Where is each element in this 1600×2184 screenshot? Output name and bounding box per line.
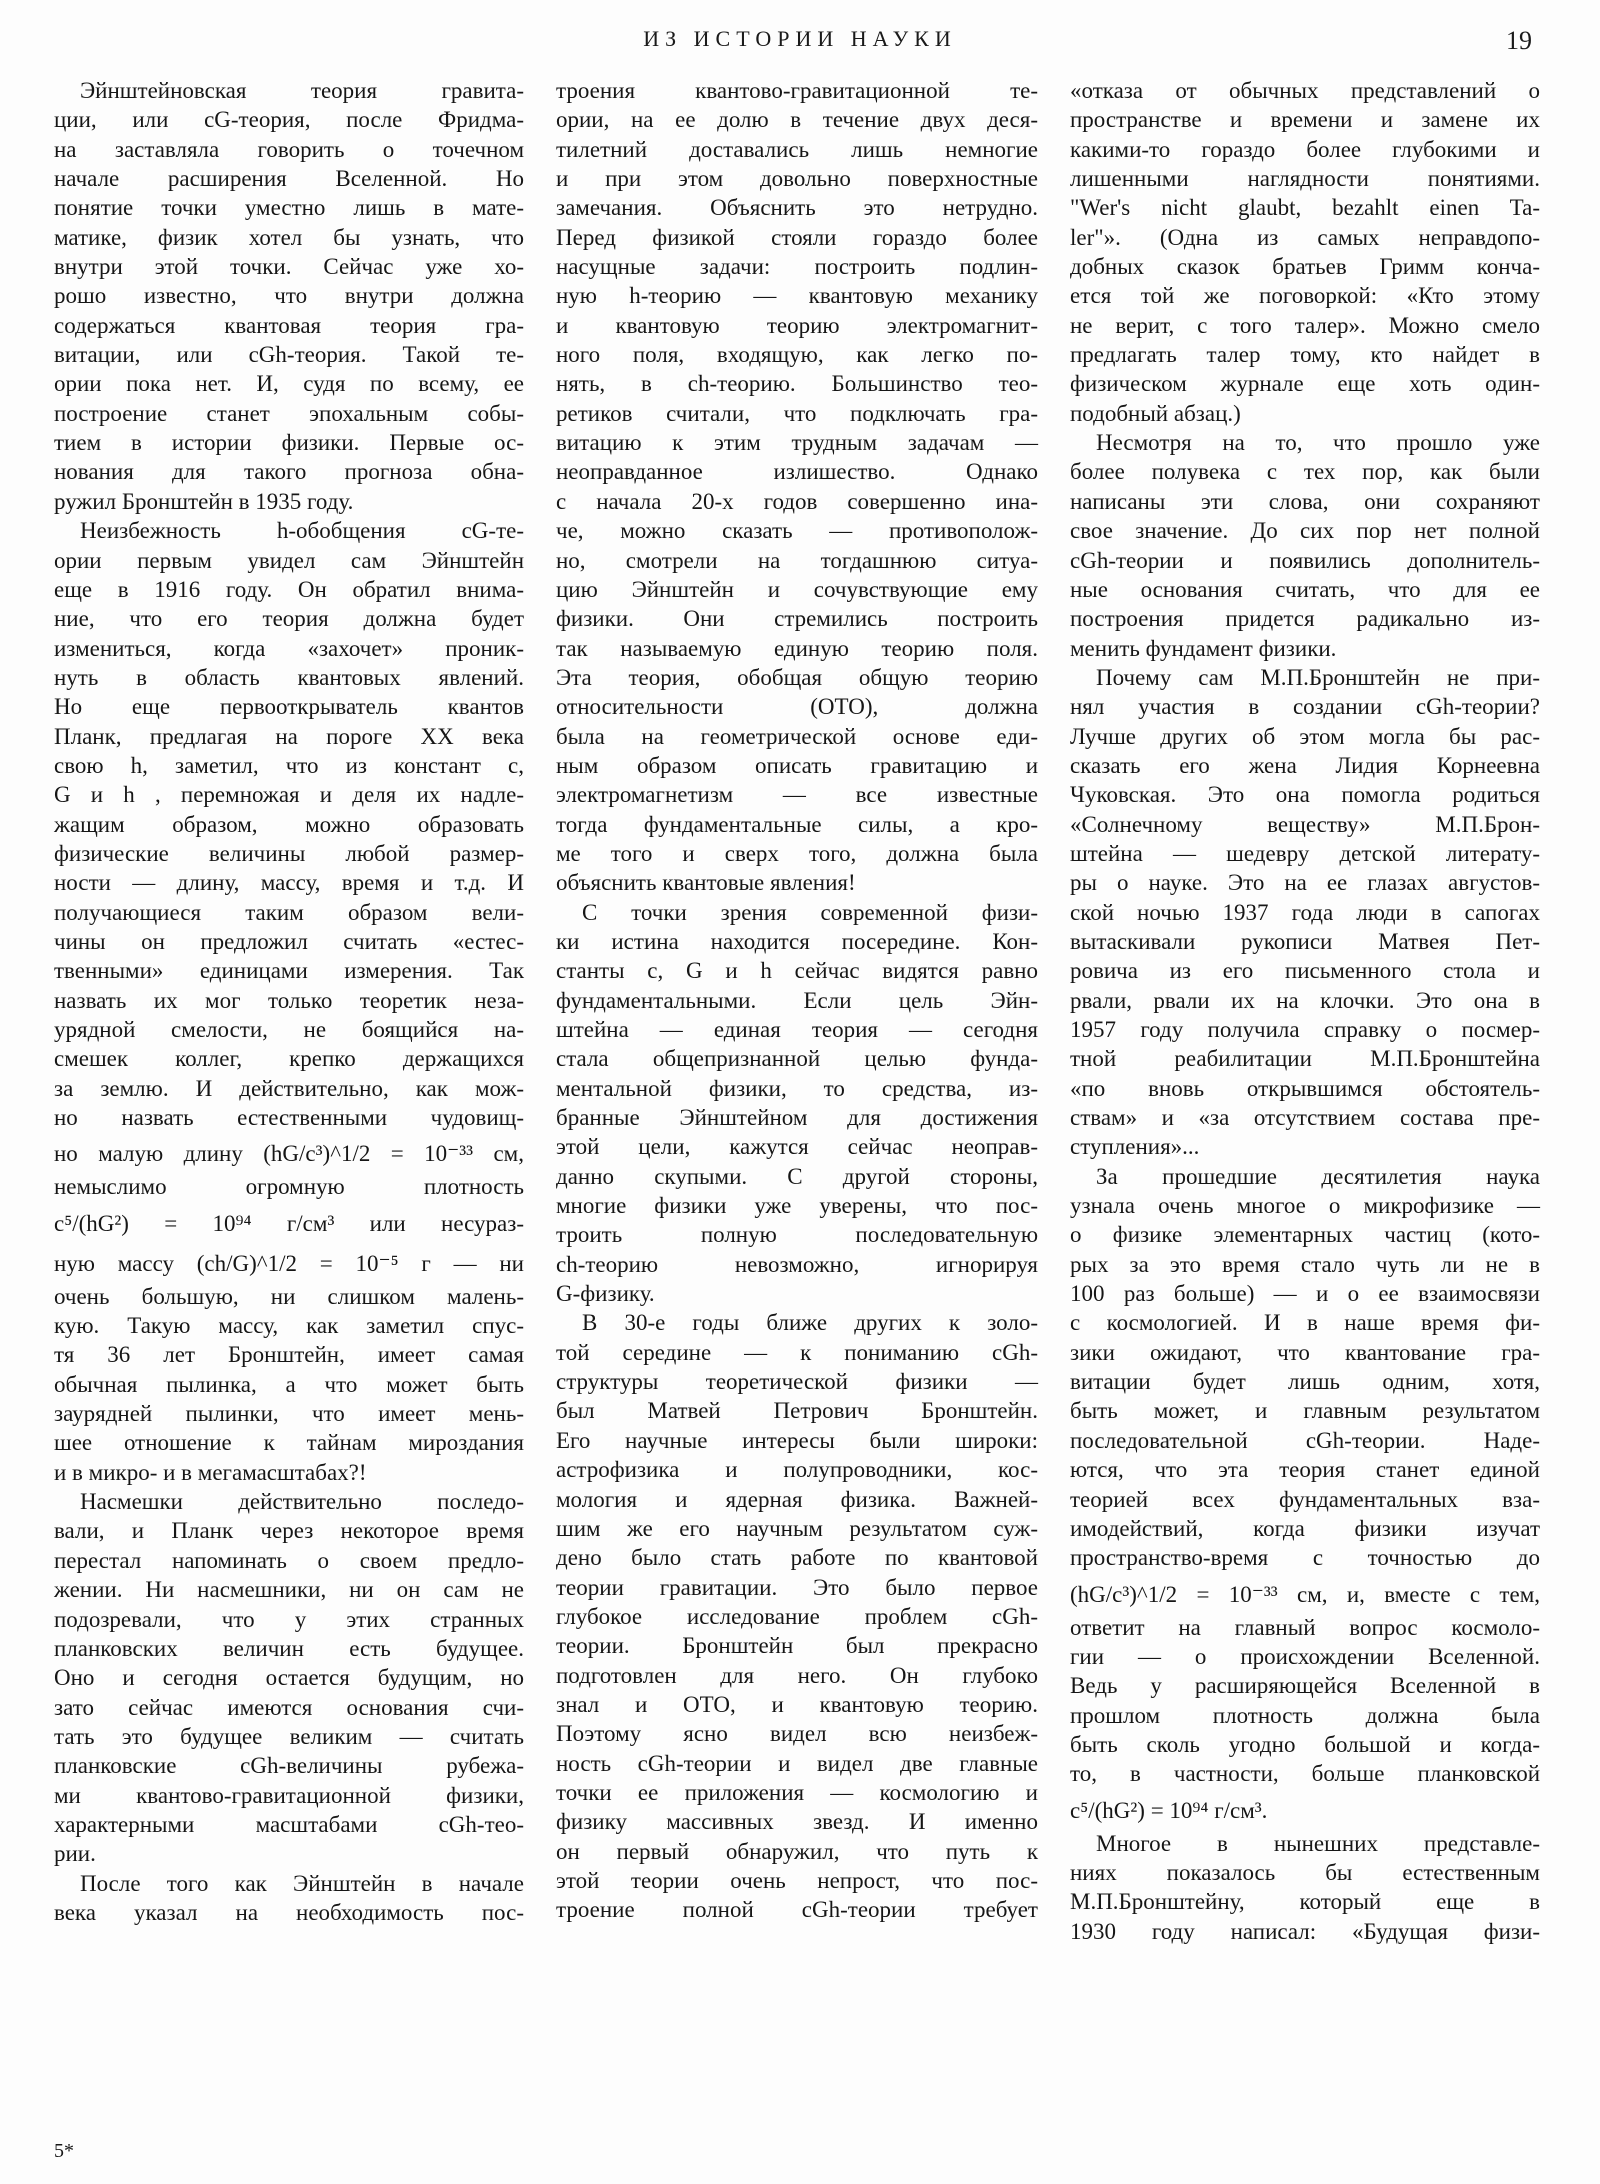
text-line: пространство-время с точностью до xyxy=(1070,1543,1540,1572)
page-number: 19 xyxy=(1506,26,1532,56)
text-line: теорией всех фундаментальных вза- xyxy=(1070,1485,1540,1514)
text-line: ружил Бронштейн в 1935 году. xyxy=(54,487,524,516)
text-line: лишенными наглядности понятиями. xyxy=(1070,164,1540,193)
text-line: той середине — к пониманию cGh- xyxy=(556,1338,1038,1367)
text-line: бранные Эйнштейном для достижения xyxy=(556,1103,1038,1132)
text-line: рвали, рвали их на клочки. Это она в xyxy=(1070,986,1540,1015)
text-line: твенными» единицами измерения. Так xyxy=(54,956,524,985)
printer-signature-mark: 5* xyxy=(54,2140,74,2163)
text-line: этой теории очень непрост, что пос- xyxy=(556,1866,1038,1895)
text-line: объяснить квантовые явления! xyxy=(556,868,1038,897)
text-line: нял участия в создании cGh-теории? xyxy=(1070,692,1540,721)
text-line: очень большую, ни слишком малень- xyxy=(54,1282,524,1311)
text-line: ler"». (Одна из самых неправдопо- xyxy=(1070,223,1540,252)
text-line: чины он предложил считать «естес- xyxy=(54,927,524,956)
paragraph-first-line: После того как Эйнштейн в начале xyxy=(54,1869,524,1898)
text-line: какими-то гораздо более глубокими и xyxy=(1070,135,1540,164)
text-line: свое значение. До сих пор нет полной xyxy=(1070,516,1540,545)
text-line: витации будет лишь одним, хотя, xyxy=(1070,1367,1540,1396)
paragraph-first-line: Неизбежность h-обобщения cG-те- xyxy=(54,516,524,545)
text-line: нуть в область квантовых явлений. xyxy=(54,663,524,692)
text-line: «по вновь открывшимся обстоятель- xyxy=(1070,1074,1540,1103)
text-line: обычная пылинка, а что может быть xyxy=(54,1370,524,1399)
text-line: ки истина находится посередине. Кон- xyxy=(556,927,1038,956)
text-line: ретиков считали, что подключать гра- xyxy=(556,399,1038,428)
text-line: планковских величин есть будущее. xyxy=(54,1634,524,1663)
text-line: ние, что его теория должна будет xyxy=(54,604,524,633)
paragraph-first-line: С точки зрения современной физи- xyxy=(556,898,1038,927)
text-line: фундаментальными. Если цель Эйн- xyxy=(556,986,1038,1015)
text-line: содержаться квантовая теория гра- xyxy=(54,311,524,340)
text-line: ме того и сверх того, должна была xyxy=(556,839,1038,868)
text-line: 100 раз больше) — и о ее взаимосвязи xyxy=(1070,1279,1540,1308)
text-line: витацию к этим трудным задачам — xyxy=(556,428,1038,457)
text-line: жении. Ни насмешники, ни он сам не xyxy=(54,1575,524,1604)
text-line: ную h-теорию — квантовую механику xyxy=(556,281,1038,310)
text-line: Эта теория, обобщая общую теорию xyxy=(556,663,1038,692)
text-line: получающиеся таким образом вели- xyxy=(54,898,524,927)
text-line: замечания. Объяснить это нетрудно. xyxy=(556,193,1038,222)
text-line: ется той же поговоркой: «Кто этому xyxy=(1070,281,1540,310)
text-line: кую. Такую массу, как заметил спус- xyxy=(54,1311,524,1340)
text-line: ность cGh-теории и видел две главные xyxy=(556,1749,1038,1778)
text-line: матике, физик хотел бы узнать, что xyxy=(54,223,524,252)
text-line: «Солнечному веществу» М.П.Брон- xyxy=(1070,810,1540,839)
text-line: «отказа от обычных представлений о xyxy=(1070,76,1540,105)
text-line: ми квантово-гравитационной физики, xyxy=(54,1781,524,1810)
text-line: зики ожидают, что квантование гра- xyxy=(1070,1338,1540,1367)
text-line: и в микро- и в мегамасштабах?! xyxy=(54,1458,524,1487)
text-line: немыслимо огромную плотность xyxy=(54,1172,524,1201)
text-line: подготовлен для него. Он глубоко xyxy=(556,1661,1038,1690)
text-line: вытаскивали рукописи Матвея Пет- xyxy=(1070,927,1540,956)
text-line: жащим образом, можно образовать xyxy=(54,810,524,839)
text-line: Но еще первооткрыватель квантов xyxy=(54,692,524,721)
text-line: ного поля, входящую, как легко по- xyxy=(556,340,1038,369)
text-line: планковские cGh-величины рубежа- xyxy=(54,1751,524,1780)
text-line: о физике элементарных частиц (кото- xyxy=(1070,1220,1540,1249)
text-line: Планк, предлагая на пороге XX века xyxy=(54,722,524,751)
text-line: рых за это время стало чуть ли не в xyxy=(1070,1250,1540,1279)
text-line: троение полной cGh-теории требует xyxy=(556,1895,1038,1924)
text-line: за землю. И действительно, как мож- xyxy=(54,1074,524,1103)
text-line: но, смотрели на тогдашнюю ситуа- xyxy=(556,546,1038,575)
text-line: понятие точки уместно лишь в мате- xyxy=(54,193,524,222)
text-line: была на геометрической основе еди- xyxy=(556,722,1038,751)
text-line: мология и ядерная физика. Важней- xyxy=(556,1485,1038,1514)
text-line: физические величины любой размер- xyxy=(54,839,524,868)
text-line: более полувека с тех пор, как были xyxy=(1070,457,1540,486)
text-line: назвать их мог только теоретик неза- xyxy=(54,986,524,1015)
text-line: построение станет эпохальным собы- xyxy=(54,399,524,428)
paragraph-first-line: Почему сам М.П.Бронштейн не при- xyxy=(1070,663,1540,692)
text-line: прошлом плотность должна была xyxy=(1070,1701,1540,1730)
text-line: но малую длину (hG/c³)^1/2 = 10⁻³³ см, xyxy=(54,1132,524,1172)
paragraph-first-line: Несмотря на то, что прошло уже xyxy=(1070,428,1540,457)
paragraph-first-line: Эйнштейновская теория гравита- xyxy=(54,76,524,105)
text-line: Перед физикой стояли гораздо более xyxy=(556,223,1038,252)
text-line: штейна — единая теория — сегодня xyxy=(556,1015,1038,1044)
text-line: Оно и сегодня остается будущим, но xyxy=(54,1663,524,1692)
text-line: структуры теоретической физики — xyxy=(556,1367,1038,1396)
text-line: свою h, заметил, что из констант c, xyxy=(54,751,524,780)
text-line: добных сказок братьев Гримм конча- xyxy=(1070,252,1540,281)
paragraph-first-line: Насмешки действительно последо- xyxy=(54,1487,524,1516)
text-line: 1930 году написал: «Будущая физи- xyxy=(1070,1917,1540,1946)
text-line: менить фундамент физики. xyxy=(1070,634,1540,663)
text-line: ории пока нет. И, судя по всему, ее xyxy=(54,369,524,398)
text-line: смешек коллег, крепко держащихся xyxy=(54,1044,524,1073)
text-line: тием в истории физики. Первые ос- xyxy=(54,428,524,457)
text-line: и квантовую теорию электромагнит- xyxy=(556,311,1038,340)
text-line: имодействий, когда физики изучат xyxy=(1070,1514,1540,1543)
column-middle: троения квантово-гравитационной те-ории,… xyxy=(556,76,1038,1925)
text-line: тогда фундаментальные силы, а кро- xyxy=(556,810,1038,839)
text-line: ментальной физики, то средства, из- xyxy=(556,1074,1038,1103)
text-line: характерными масштабами cGh-тео- xyxy=(54,1810,524,1839)
text-line: ности — длину, массу, время и т.д. И xyxy=(54,868,524,897)
text-line: штейна — шедевру детской литерату- xyxy=(1070,839,1540,868)
text-line: шее отношение к тайнам мироздания xyxy=(54,1428,524,1457)
text-line: троения квантово-гравитационной те- xyxy=(556,76,1038,105)
text-line: не верит, с того талер». Можно смело xyxy=(1070,311,1540,340)
text-line: 1957 году получила справку о посмер- xyxy=(1070,1015,1540,1044)
text-line: G и h , перемножая и деля их надле- xyxy=(54,780,524,809)
text-line: физики. Они стремились построить xyxy=(556,604,1038,633)
text-line: ным образом описать гравитацию и xyxy=(556,751,1038,780)
paragraph-first-line: За прошедшие десятилетия наука xyxy=(1070,1162,1540,1191)
text-line: G-физику. xyxy=(556,1279,1038,1308)
text-line: глубокое исследование проблем cGh- xyxy=(556,1602,1038,1631)
text-line: цию Эйнштейн и сочувствующие ему xyxy=(556,575,1038,604)
text-line: многие физики уже уверены, что пос- xyxy=(556,1191,1038,1220)
text-line: станты c, G и h сейчас видятся равно xyxy=(556,956,1038,985)
text-line: построения придется радикально из- xyxy=(1070,604,1540,633)
text-line: данно скупыми. С другой стороны, xyxy=(556,1162,1038,1191)
text-line: с космологией. И в наше время фи- xyxy=(1070,1308,1540,1337)
text-line: быть сколь угодно большой и когда- xyxy=(1070,1730,1540,1759)
text-line: витации, или cGh-теория. Такой те- xyxy=(54,340,524,369)
text-line: ные основания считать, что для ее xyxy=(1070,575,1540,604)
text-line: знал и ОТО, и квантовую теорию. xyxy=(556,1690,1038,1719)
text-line: ры о науке. Это на ее глазах августов- xyxy=(1070,868,1540,897)
text-line: Ведь у расширяющейся Вселенной в xyxy=(1070,1671,1540,1700)
text-line: на заставляла говорить о точечном xyxy=(54,135,524,164)
text-line: был Матвей Петрович Бронштейн. xyxy=(556,1396,1038,1425)
text-line: cGh-теории и появились дополнитель- xyxy=(1070,546,1540,575)
text-line: вали, и Планк через некоторое время xyxy=(54,1516,524,1545)
text-line: рошо известно, что внутри должна xyxy=(54,281,524,310)
text-line: заурядней пылинки, что имеет мень- xyxy=(54,1399,524,1428)
column-left: Эйнштейновская теория гравита-ции, или c… xyxy=(54,76,524,1927)
text-line: стала общепризнанной целью фунда- xyxy=(556,1044,1038,1073)
text-line: тя 36 лет Бронштейн, имеет самая xyxy=(54,1340,524,1369)
text-line: тной реабилитации М.П.Бронштейна xyxy=(1070,1044,1540,1073)
text-line: ную массу (ch/G)^1/2 = 10⁻⁵ г — ни xyxy=(54,1242,524,1282)
text-line: этой цели, кажутся сейчас неоправ- xyxy=(556,1132,1038,1161)
text-line: тать это будущее великим — считать xyxy=(54,1722,524,1751)
text-line: гии — о происхождении Вселенной. xyxy=(1070,1642,1540,1671)
text-line: ответит на главный вопрос космоло- xyxy=(1070,1613,1540,1642)
text-line: c⁵/(hG²) = 10⁹⁴ г/см³ или несураз- xyxy=(54,1202,524,1242)
text-line: че, можно сказать — противополож- xyxy=(556,516,1038,545)
text-line: насущные задачи: построить подлин- xyxy=(556,252,1038,281)
text-line: измениться, когда «захочет» проник- xyxy=(54,634,524,663)
text-line: (hG/c³)^1/2 = 10⁻³³ см, и, вместе с тем, xyxy=(1070,1573,1540,1613)
text-line: ступления»... xyxy=(1070,1132,1540,1161)
text-line: рии. xyxy=(54,1839,524,1868)
text-line: относительности (ОТО), должна xyxy=(556,692,1038,721)
text-line: физическом журнале еще хоть один- xyxy=(1070,369,1540,398)
text-line: астрофизика и полупроводники, кос- xyxy=(556,1455,1038,1484)
text-line: теории гравитации. Это было первое xyxy=(556,1573,1038,1602)
text-line: последовательной cGh-теории. Наде- xyxy=(1070,1426,1540,1455)
text-line: пространстве и времени и замене их xyxy=(1070,105,1540,134)
text-line: Чуковская. Это она помогла родиться xyxy=(1070,780,1540,809)
text-line: века указал на необходимость пос- xyxy=(54,1898,524,1927)
text-line: Поэтому ясно видел всю неизбеж- xyxy=(556,1719,1038,1748)
text-line: начале расширения Вселенной. Но xyxy=(54,164,524,193)
text-line: тилетний доставались лишь немногие xyxy=(556,135,1038,164)
text-line: сказать его жена Лидия Корнеевна xyxy=(1070,751,1540,780)
text-line: ской ночью 1937 года люди в сапогах xyxy=(1070,898,1540,927)
running-head: ИЗ ИСТОРИИ НАУКИ 19 xyxy=(0,26,1600,56)
text-line: ch-теорию невозможно, игнорируя xyxy=(556,1250,1038,1279)
text-line: Его научные интересы были широки: xyxy=(556,1426,1038,1455)
text-line: дено было стать работе по квантовой xyxy=(556,1543,1038,1572)
text-line: физику массивных звезд. И именно xyxy=(556,1807,1038,1836)
text-line: ниях показалось бы естественным xyxy=(1070,1858,1540,1887)
text-line: перестал напоминать о своем предло- xyxy=(54,1546,524,1575)
paragraph-first-line: Многое в нынешних представле- xyxy=(1070,1829,1540,1858)
text-line: внутри этой точки. Сейчас уже хо- xyxy=(54,252,524,281)
text-line: ются, что эта теория станет единой xyxy=(1070,1455,1540,1484)
text-line: но назвать естественными чудовищ- xyxy=(54,1103,524,1132)
text-line: нять, в ch-теорию. Большинство тео- xyxy=(556,369,1038,398)
text-line: троить полную последовательную xyxy=(556,1220,1038,1249)
paragraph-first-line: В 30-е годы ближе других к золо- xyxy=(556,1308,1038,1337)
text-line: с начала 20-х годов совершенно ина- xyxy=(556,487,1038,516)
text-line: предлагать талер тому, кто найдет в xyxy=(1070,340,1540,369)
text-line: "Wer's nicht glaubt, bezahlt einen Ta- xyxy=(1070,193,1540,222)
text-line: точки ее приложения — космологию и xyxy=(556,1778,1038,1807)
text-line: шим же его научным результатом суж- xyxy=(556,1514,1038,1543)
text-line: ствам» и «за отсутствием состава пре- xyxy=(1070,1103,1540,1132)
text-line: еще в 1916 году. Он обратил внима- xyxy=(54,575,524,604)
text-line: быть может, и главным результатом xyxy=(1070,1396,1540,1425)
text-line: М.П.Бронштейну, который еще в xyxy=(1070,1887,1540,1916)
text-line: Лучше других об этом могла бы рас- xyxy=(1070,722,1540,751)
text-line: то, в частности, больше планковской xyxy=(1070,1759,1540,1788)
text-line: подозревали, что у этих странных xyxy=(54,1605,524,1634)
text-line: узнала очень многое о микрофизике — xyxy=(1070,1191,1540,1220)
column-right: «отказа от обычных представлений опростр… xyxy=(1070,76,1540,1946)
text-line: ории первым увидел сам Эйнштейн xyxy=(54,546,524,575)
text-line: неоправданное излишество. Однако xyxy=(556,457,1038,486)
text-line: ции, или cG-теория, после Фридма- xyxy=(54,105,524,134)
text-line: подобный абзац.) xyxy=(1070,399,1540,428)
text-line: написаны эти слова, они сохраняют xyxy=(1070,487,1540,516)
text-line: зато сейчас имеются основания счи- xyxy=(54,1693,524,1722)
text-line: нования для такого прогноза обна- xyxy=(54,457,524,486)
text-line: так называемую единую теорию поля. xyxy=(556,634,1038,663)
text-line: ории, на ее долю в течение двух деся- xyxy=(556,105,1038,134)
text-line: он первый обнаружил, что путь к xyxy=(556,1837,1038,1866)
text-line: электромагнетизм — все известные xyxy=(556,780,1038,809)
section-title: ИЗ ИСТОРИИ НАУКИ xyxy=(0,26,1600,52)
text-line: урядной смелости, не боящийся на- xyxy=(54,1015,524,1044)
text-line: и при этом довольно поверхностные xyxy=(556,164,1038,193)
text-line: ровича из его письменного стола и xyxy=(1070,956,1540,985)
text-line: c⁵/(hG²) = 10⁹⁴ г/см³. xyxy=(1070,1789,1540,1829)
text-line: теории. Бронштейн был прекрасно xyxy=(556,1631,1038,1660)
